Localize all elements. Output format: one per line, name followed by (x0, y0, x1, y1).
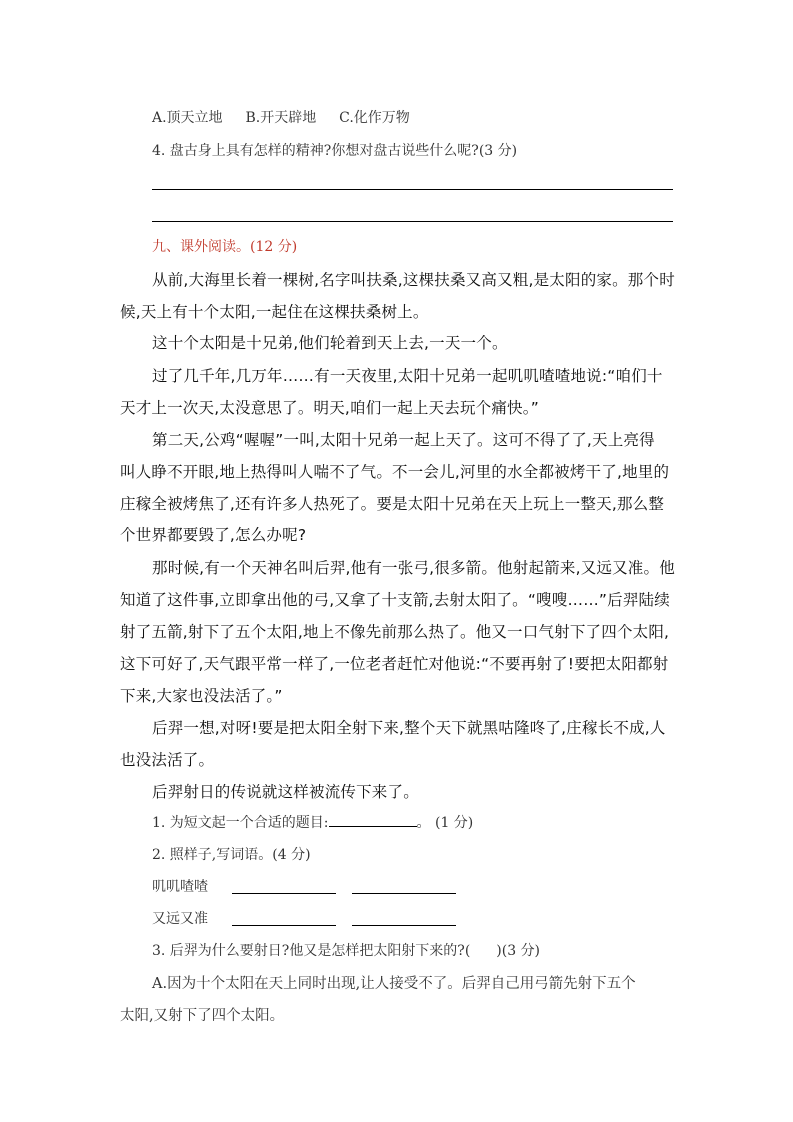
passage-line: 那时候,有一个天神名叫后羿,他有一张弓,很多箭。他射起箭来,又远又准。他 (152, 556, 675, 578)
option-b: B.开天辟地 (245, 110, 316, 126)
question-1: 1. 为短文起一个合适的题目:。 (1 分) (152, 812, 473, 832)
passage-line: 庄稼全被烤焦了,还有许多人热死了。要是太阳十兄弟在天上玩上一整天,那么整 (120, 492, 664, 514)
question-2: 2. 照样子,写词语。(4 分) (152, 844, 311, 864)
passage-line: 下来,大家也没法活了。” (120, 684, 283, 706)
answer-line-1[interactable] (152, 189, 673, 190)
passage-line: 后羿一想,对呀!要是把太阳全射下来,整个天下就黑咕隆咚了,庄稼长不成,人 (152, 716, 666, 738)
passage-line: 知道了这件事,立即拿出他的弓,又拿了十支箭,去射太阳了。“嗖嗖……”后羿陆续 (120, 588, 670, 610)
passage-line: 天才上一次天,太没意思了。明天,咱们一起上天去玩个痛快。” (120, 396, 539, 418)
passage-line: 候,天上有十个太阳,一起住在这棵扶桑树上。 (120, 300, 429, 322)
section-heading: 九、课外阅读。(12 分) (152, 236, 297, 256)
question-4: 4. 盘古身上具有怎样的精神?你想对盘古说些什么呢?(3 分) (152, 140, 517, 160)
option-a-line-2: 太阳,又射下了四个太阳。 (120, 1004, 284, 1025)
example-word-1: 叽叽喳喳 (152, 876, 208, 896)
passage-line: 这下可好了,天气跟平常一样了,一位老者赶忙对他说:“不要再射了!要把太阳都射 (120, 652, 668, 674)
title-blank[interactable] (329, 812, 417, 827)
passage-line: 个世界都要毁了,怎么办呢? (120, 523, 306, 545)
word-blank-1b[interactable] (352, 893, 456, 894)
option-c: C.化作万物 (339, 110, 410, 126)
passage-line: 后羿射日的传说就这样被流传下来了。 (152, 780, 419, 802)
word-blank-1a[interactable] (232, 893, 336, 894)
question-3-text: 3. 后羿为什么要射日?他又是怎样把太阳射下来的?( (152, 943, 470, 959)
answer-line-2[interactable] (152, 221, 673, 222)
question-1-text: 1. 为短文起一个合适的题目: (152, 815, 329, 831)
passage-line: 过了几千年,几万年……有一天夜里,太阳十兄弟一起叽叽喳喳地说:“咱们十 (152, 364, 663, 386)
word-blank-2a[interactable] (232, 925, 336, 926)
passage-line: 叫人睁不开眼,地上热得叫人喘不了气。不一会儿,河里的水全都被烤干了,地里的 (120, 460, 669, 482)
option-line: A.顶天立地 B.开天辟地 C.化作万物 (152, 107, 410, 127)
passage-line: 第二天,公鸡“喔喔”一叫,太阳十兄弟一起上天了。这可不得了了,天上亮得 (152, 428, 655, 450)
option-a-line-1: A.因为十个太阳在天上同时出现,让人接受不了。后羿自己用弓箭先射下五个 (152, 972, 636, 993)
question-1-points: 。 (1 分) (417, 815, 474, 831)
word-blank-2b[interactable] (352, 925, 456, 926)
passage-line: 射了五箭,射下了五个太阳,地上不像先前那么热了。他又一口气射下了四个太阳, (120, 620, 669, 642)
example-word-2: 又远又准 (152, 908, 208, 928)
question-3-points: )(3 分) (496, 943, 540, 959)
question-3: 3. 后羿为什么要射日?他又是怎样把太阳射下来的?()(3 分) (152, 940, 540, 960)
passage-line: 从前,大海里长着一棵树,名字叫扶桑,这棵扶桑又高又粗,是太阳的家。那个时 (152, 268, 675, 290)
passage-line: 也没法活了。 (120, 748, 214, 770)
passage-line: 这十个太阳是十兄弟,他们轮着到天上去,一天一个。 (152, 331, 508, 353)
option-a: A.顶天立地 (152, 110, 223, 126)
